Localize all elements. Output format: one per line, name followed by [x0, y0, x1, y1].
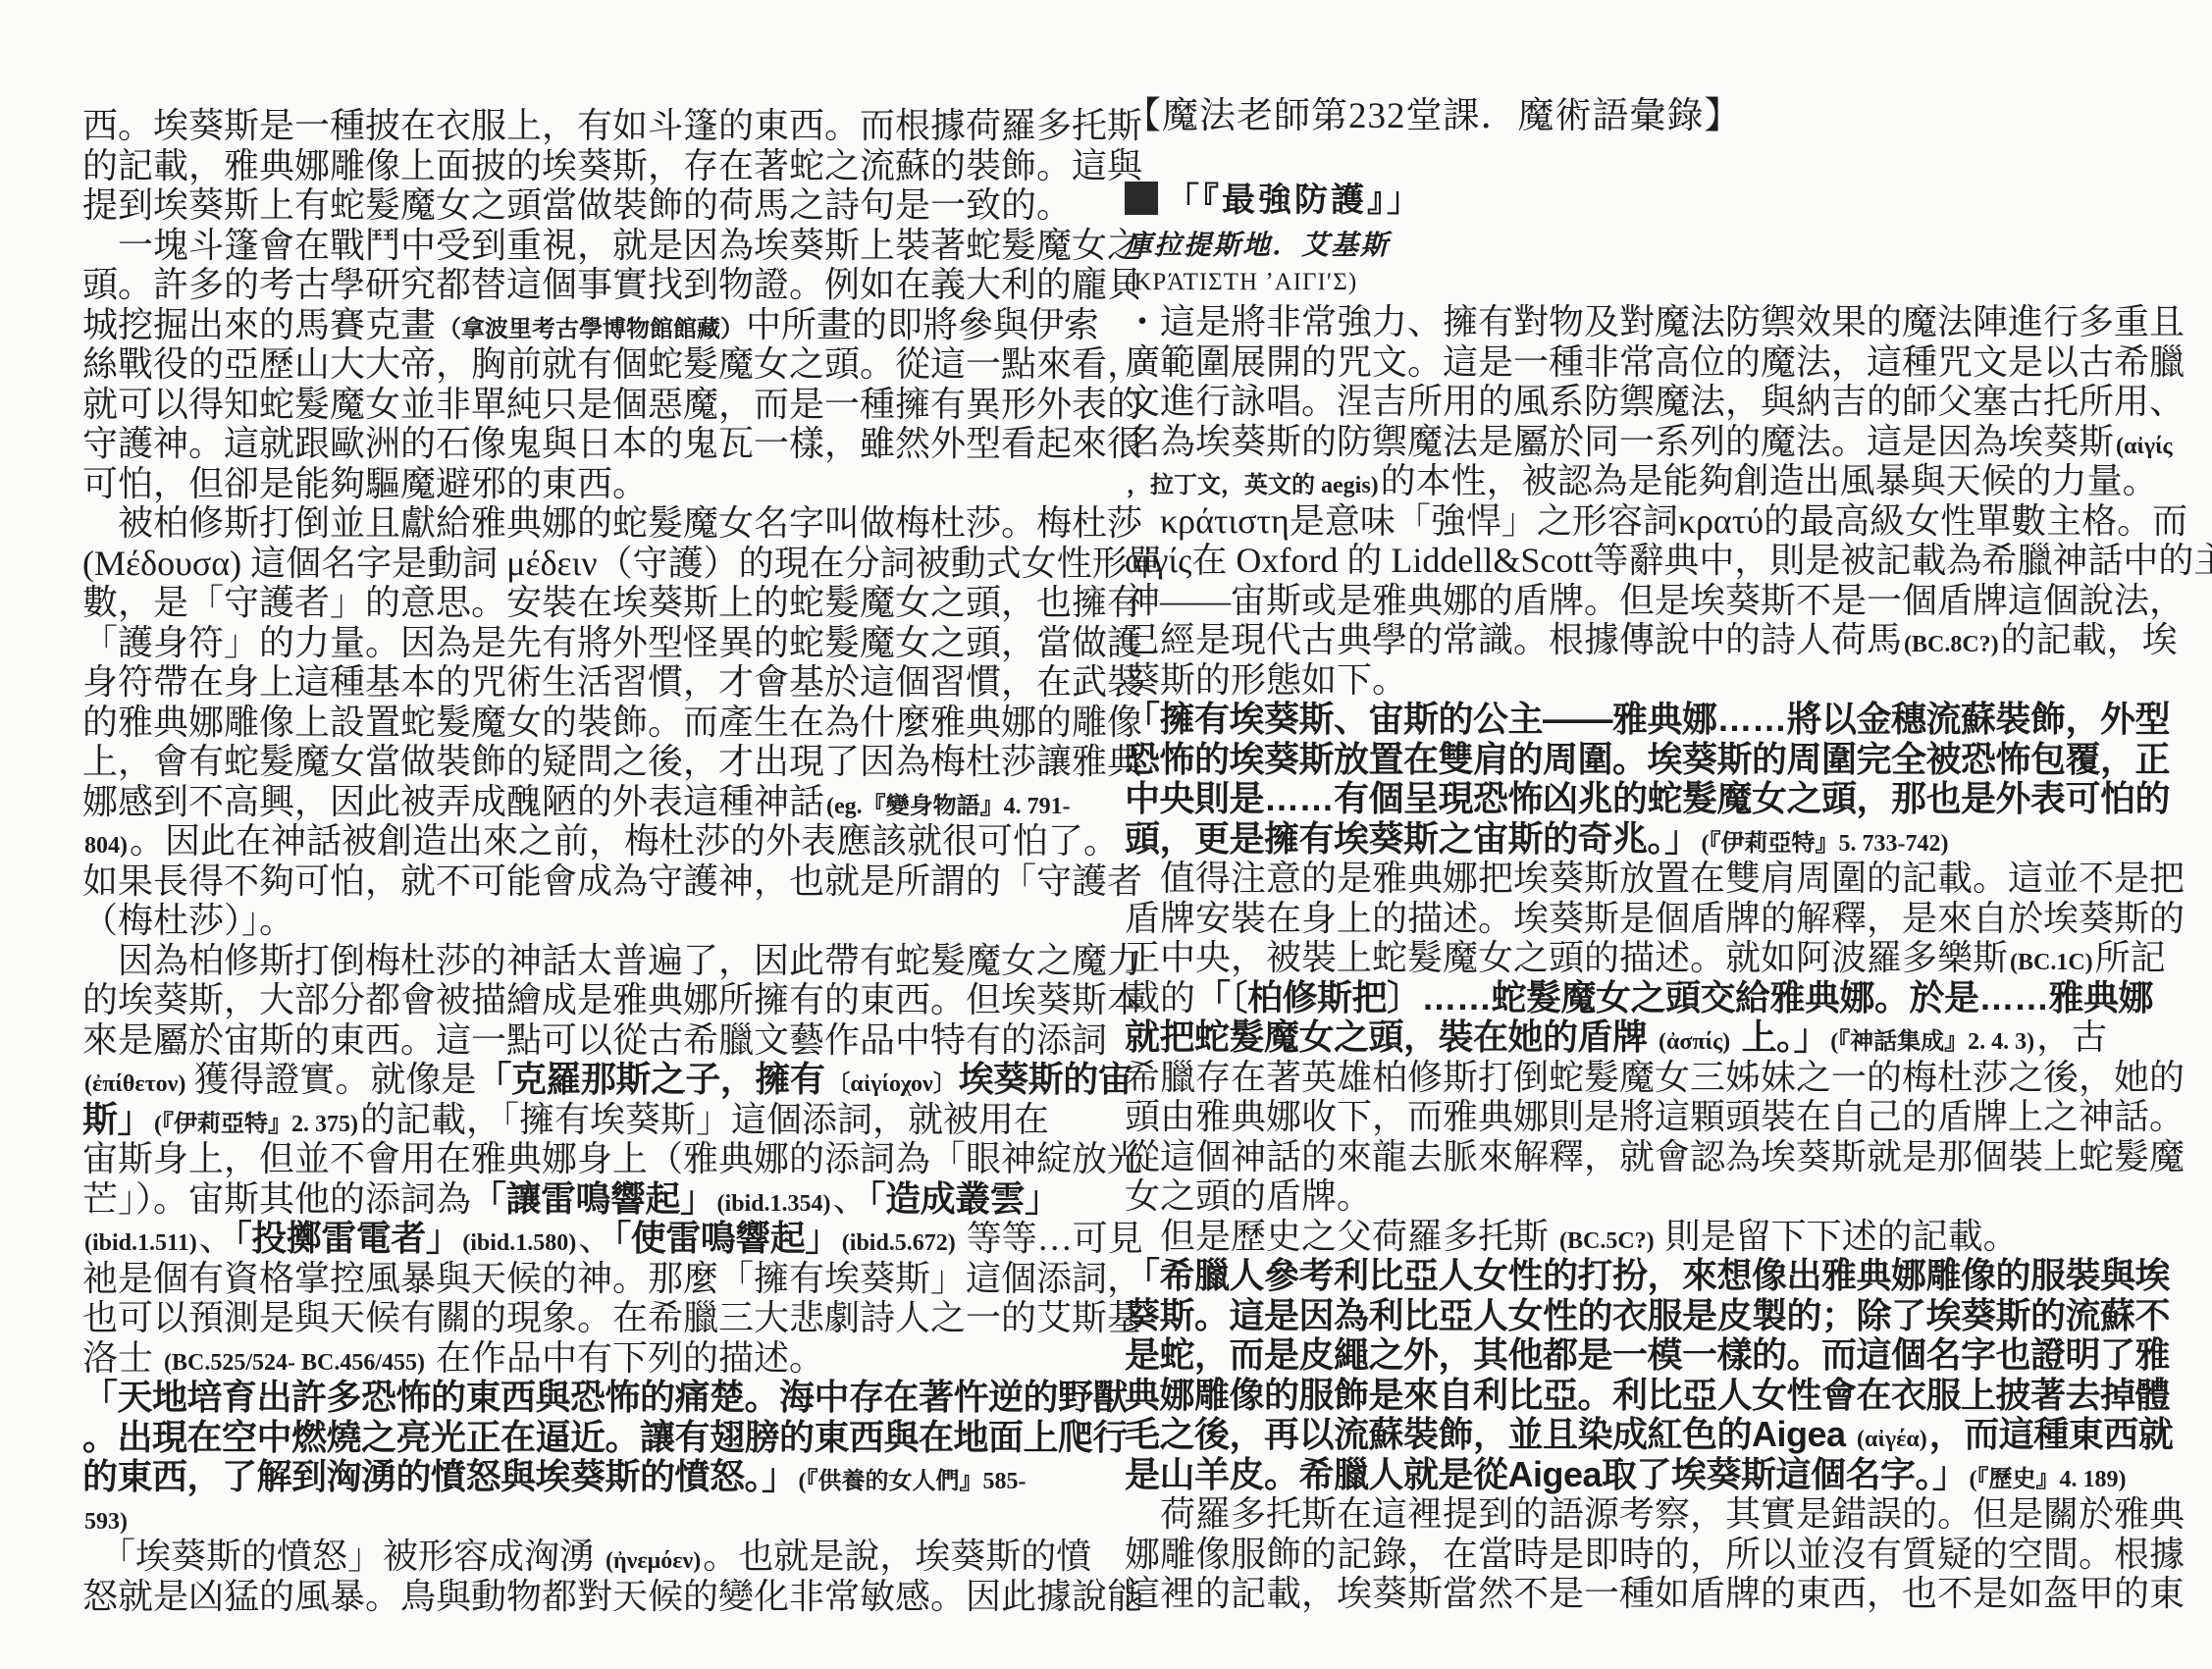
text-line: 恐怖的埃葵斯放置在雙肩的周圍。埃葵斯的周圍完全被恐怖包覆，正 [1125, 740, 2135, 780]
body-text: 從這個神話的來龍去脈來解釋，就會認為埃葵斯就是那個裝上蛇髮魔 [1125, 1137, 2185, 1176]
quoted-bold-text: 毛之後，再以流蘇裝飾，並且染成紅色的Aigea [1125, 1414, 1855, 1454]
body-text: 「護身符」的力量。因為是先有將外型怪異的蛇髮魔女之頭，當做護 [82, 623, 1142, 662]
text-line: 絲戰役的亞歷山大大帝，胸前就有個蛇髮魔女之頭。從這一點來看， [82, 344, 1064, 385]
annotation-text: (ἀσπίς) [1659, 1029, 1730, 1055]
text-line: 就可以得知蛇髮魔女並非單純只是個惡魔，而是一種擁有異形外表的 [82, 385, 1064, 425]
text-line: 是蛇，而是皮繩之外，其他都是一模一樣的。而這個名字也證明了雅 [1125, 1335, 2135, 1376]
annotation-text: 〔αἰγίοχον〕 [826, 1071, 956, 1097]
body-text: 城挖掘出來的馬賽克畫 [82, 305, 436, 344]
body-text: 的埃葵斯，大部分都會被描繪成是雅典娜所擁有的東西。但埃葵斯本 [82, 980, 1142, 1019]
body-text: 荷羅多托斯在這裡提到的語源考察，其實是錯誤的。但是關於雅典 [1125, 1494, 2185, 1534]
text-line: 一塊斗篷會在戰鬥中受到重視，就是因為埃葵斯上裝著蛇髮魔女之 [82, 226, 1064, 266]
body-text: 。因此在神話被創造出來之前，梅杜莎的外表應該就很可怕了。 [130, 821, 1119, 861]
term-reading: 庫拉提斯地．艾基斯 [1125, 228, 2135, 265]
quoted-bold-text: 「讓雷鳴響起」 [471, 1178, 715, 1219]
text-line: 也可以預測是與天候有關的現象。在希臘三大悲劇詩人之一的艾斯基 [82, 1298, 1064, 1338]
body-text: 廣範圍展開的咒文。這是一種非常高位的魔法，這種咒文是以古希臘 [1125, 342, 2185, 382]
quoted-bold-text: 「投擲雷電者」 [235, 1218, 461, 1258]
quoted-bold-text: 「天地培育出許多恐怖的東西與恐怖的痛楚。海中存在著忤逆的野獸 [82, 1377, 1128, 1417]
annotation-text: (ἐπίθετον) [84, 1071, 191, 1097]
text-line: (Μέδουσα) 這個名字是動詞 μέδειν（守護）的現在分詞被動式女性形單 [82, 544, 1064, 584]
text-line: 葵斯的形態如下。 [1125, 660, 2135, 701]
section-square-marker-icon: ■ [1125, 182, 1158, 215]
body-text: 祂是個有資格掌控風暴與天候的神。那麼「擁有埃葵斯」這個添詞， [82, 1259, 1142, 1298]
text-line: ，拉丁文，英文的 aegis)的本性，被認為是能夠創造出風暴與天候的力量。 [1125, 461, 2135, 501]
body-text: 娜雕像服飾的記錄，在當時是即時的，所以並沒有質疑的空間。根據 [1125, 1535, 2185, 1574]
text-line: 因為柏修斯打倒梅杜莎的神話太普遍了，因此帶有蛇髮魔女之魔力 [82, 941, 1064, 981]
annotation-text: (『供養的女人們』585- [799, 1469, 1027, 1494]
annotation-text: (eg.『變身物語』4. 791- [826, 794, 1071, 819]
quoted-bold-text: 上。」 [1732, 1017, 1828, 1057]
text-line: 被柏修斯打倒並且獻給雅典娜的蛇髮魔女名字叫做梅杜莎。梅杜莎 [82, 503, 1064, 544]
text-line: 「天地培育出許多恐怖的東西與恐怖的痛楚。海中存在著忤逆的野獸 [82, 1378, 1064, 1418]
body-text: 值得注意的是雅典娜把埃葵斯放置在雙肩周圍的記載。這並不是把 [1125, 859, 2185, 898]
text-line: 「擁有埃葵斯、宙斯的公主——雅典娜……將以金穗流蘇裝飾，外型 [1125, 700, 2135, 740]
body-text: 、 [833, 1179, 869, 1219]
body-text: 宙斯身上，但並不會用在雅典娜身上（雅典娜的添詞為「眼神綻放光 [82, 1139, 1142, 1178]
left-page-body: 西。埃葵斯是一種披在衣服上，有如斗篷的東西。而根據荷羅多托斯的記載，雅典娜雕像上… [82, 106, 1064, 1616]
body-text: 來是屬於宙斯的東西。這一點可以從古希臘文藝作品中特有的添詞 [82, 1020, 1107, 1060]
text-line: 載的「〔柏修斯把〕……蛇髮魔女之頭交給雅典娜。於是……雅典娜 [1125, 978, 2135, 1018]
annotation-text: (『伊莉亞特』2. 375) [154, 1112, 358, 1137]
annotation-text: (『神話集成』2. 4. 3) [1830, 1029, 2034, 1055]
annotation-text: (BC.1C) [2010, 950, 2093, 975]
body-text: 文進行詠唱。涅吉所用的風系防禦魔法，與納吉的師父塞古托所用、 [1125, 382, 2185, 421]
body-text: （梅杜莎）」。 [82, 901, 294, 940]
body-text: 、 [199, 1219, 235, 1258]
annotation-text: ，拉丁文，英文的 aegis) [1127, 473, 1379, 498]
body-text: 、 [578, 1219, 613, 1258]
body-text: 身符帶在身上這種基本的咒術生活習慣，才會基於這個習慣，在武裝 [82, 662, 1142, 702]
body-text: 載的 [1125, 978, 1195, 1017]
text-line: 593) [82, 1497, 1064, 1538]
body-text: 守護神。這就跟歐洲的石像鬼與日本的鬼瓦一樣，雖然外型看起來很 [82, 424, 1142, 463]
annotation-text: (ibid.1.354) [717, 1191, 831, 1217]
text-line: 祂是個有資格掌控風暴與天候的神。那麼「擁有埃葵斯」這個添詞， [82, 1259, 1064, 1299]
body-text: 希臘存在著英雄柏修斯打倒蛇髮魔女三姊妹之一的梅杜莎之後，她的 [1125, 1058, 2185, 1097]
body-text: 因為柏修斯打倒梅杜莎的神話太普遍了，因此帶有蛇髮魔女之魔力 [82, 941, 1142, 980]
text-line: （梅杜莎）」。 [82, 901, 1064, 941]
left-page: 西。埃葵斯是一種披在衣服上，有如斗篷的東西。而根據荷羅多托斯的記載，雅典娜雕像上… [82, 94, 1064, 1616]
quoted-bold-text: 就把蛇髮魔女之頭，裝在她的盾牌 [1125, 1017, 1657, 1057]
body-text: 一塊斗篷會在戰鬥中受到重視，就是因為埃葵斯上裝著蛇髮魔女之 [82, 226, 1142, 265]
text-line: 的記載，雅典娜雕像上面披的埃葵斯，存在著蛇之流蘇的裝飾。這與 [82, 146, 1064, 186]
body-text: 盾牌安裝在身上的描述。埃葵斯是個盾牌的解釋，是來自於埃葵斯的 [1125, 899, 2185, 938]
text-line: 「埃葵斯的憤怒」被形容成洶湧 (ἠνεμόεν)。也就是說，埃葵斯的憤 [82, 1537, 1064, 1577]
body-text: 獲得證實。就像是 [193, 1060, 476, 1099]
body-text: (Μέδουσα) 這個名字是動詞 μέδειν（守護）的現在分詞被動式女性形單 [82, 544, 1163, 583]
body-text: 芒」）。宙斯其他的添詞為 [82, 1179, 471, 1219]
text-line: 頭。許多的考古學研究都替這個事實找到物證。例如在義大利的龐貝 [82, 265, 1064, 305]
body-text: 已經是現代古典學的常識。根據傳說中的詩人荷馬 [1125, 620, 1902, 659]
text-line: 從這個神話的來龍去脈來解釋，就會認為埃葵斯就是那個裝上蛇髮魔 [1125, 1137, 2135, 1177]
body-text: 「埃葵斯的憤怒」被形容成洶湧 [82, 1537, 604, 1576]
text-line: 盾牌安裝在身上的描述。埃葵斯是個盾牌的解釋，是來自於埃葵斯的 [1125, 899, 2135, 939]
text-line: 數，是「守護者」的意思。安裝在埃葵斯上的蛇髮魔女之頭，也擁有 [82, 583, 1064, 623]
body-text: 則是留下下述的記載。 [1657, 1217, 2019, 1256]
body-text: ・這是將非常強力、擁有對物及對魔法防禦效果的魔法陣進行多重且 [1125, 302, 2185, 341]
body-text: 在作品中有下列的描述。 [427, 1338, 824, 1378]
text-line: 斯」(『伊莉亞特』2. 375)的記載，「擁有埃葵斯」這個添詞，就被用在 [82, 1100, 1064, 1140]
quoted-bold-text: 埃葵斯的宙 [959, 1059, 1133, 1099]
text-line: 就把蛇髮魔女之頭，裝在她的盾牌 (ἀσπίς) 上。」(『神話集成』2. 4. … [1125, 1017, 2135, 1058]
text-line: 804)。因此在神話被創造出來之前，梅杜莎的外表應該就很可怕了。 [82, 821, 1064, 861]
text-line: 芒」）。宙斯其他的添詞為「讓雷鳴響起」(ibid.1.354)、「造成叢雲」 [82, 1179, 1064, 1220]
annotation-text: (ibid.5.672) [842, 1230, 956, 1256]
text-line: 宙斯身上，但並不會用在雅典娜身上（雅典娜的添詞為「眼神綻放光 [82, 1139, 1064, 1179]
body-text: 西。埃葵斯是一種披在衣服上，有如斗篷的東西。而根據荷羅多托斯 [82, 106, 1142, 145]
body-text: 被柏修斯打倒並且獻給雅典娜的蛇髮魔女名字叫做梅杜莎。梅杜莎 [82, 503, 1142, 543]
text-line: 的東西，了解到洶湧的憤怒與埃葵斯的憤怒。」(『供養的女人們』585- [82, 1457, 1064, 1497]
body-text: 娜感到不高興，因此被弄成醜陋的外表這種神話 [82, 782, 824, 821]
text-line: 希臘存在著英雄柏修斯打倒蛇髮魔女三姊妹之一的梅杜莎之後，她的 [1125, 1058, 2135, 1098]
body-text: 葵斯的形態如下。 [1125, 660, 1407, 700]
body-text: 中所畫的即將參與伊索 [746, 305, 1099, 344]
text-line: 提到埃葵斯上有蛇髮魔女之頭當做裝飾的荷馬之詩句是一致的。 [82, 185, 1064, 226]
section-title: 「『最強防護』」 [1166, 183, 1423, 219]
quoted-bold-text: 是山羊皮。希臘人就是從Aigea取了埃葵斯這個名字。」 [1125, 1454, 1968, 1494]
text-line: 頭由雅典娜收下，而雅典娜則是將這顆頭裝在自己的盾牌上之神話。 [1125, 1097, 2135, 1137]
body-text: 怒就是凶猛的風暴。鳥與動物都對天候的變化非常敏感。因此據說能 [82, 1577, 1142, 1616]
body-text: 名為埃葵斯的防禦魔法是屬於同一系列的魔法。這是因為埃葵斯 [1125, 422, 2114, 461]
text-line: 文進行詠唱。涅吉所用的風系防禦魔法，與納吉的師父塞古托所用、 [1125, 382, 2135, 422]
quoted-bold-text: 中央則是……有個呈現恐怖凶兆的蛇髮魔女之頭，那也是外表可怕的 [1125, 778, 2170, 818]
body-text: 的記載，「擁有埃葵斯」這個添詞，就被用在 [360, 1100, 1049, 1139]
text-line: 城挖掘出來的馬賽克畫（拿波里考古學博物館館藏）中所畫的即將參與伊索 [82, 305, 1064, 345]
text-line: 「希臘人參考利比亞人女性的打扮，來想像出雅典娜雕像的服裝與埃 [1125, 1256, 2135, 1296]
body-text: 上，會有蛇髮魔女當做裝飾的疑問之後，才出現了因為梅杜莎讓雅典 [82, 742, 1142, 781]
annotation-text: 804) [84, 833, 128, 859]
scanned-book-spread: 西。埃葵斯是一種披在衣服上，有如斗篷的東西。而根據荷羅多托斯的記載，雅典娜雕像上… [0, 0, 2212, 1669]
annotation-text: (ibid.1.580) [462, 1230, 576, 1256]
text-line: 這裡的記載，埃葵斯當然不是一種如盾牌的東西，也不是如盔甲的東 [1125, 1574, 2135, 1614]
body-text: 的本性，被認為是能夠創造出風暴與天候的力量。 [1381, 461, 2158, 500]
body-text: 女之頭的盾牌。 [1125, 1176, 1372, 1216]
text-line: 娜雕像服飾的記錄，在當時是即時的，所以並沒有質疑的空間。根據 [1125, 1535, 2135, 1575]
body-text: 數，是「守護者」的意思。安裝在埃葵斯上的蛇髮魔女之頭，也擁有 [82, 583, 1142, 622]
quoted-bold-text: 。出現在空中燃燒之亮光正在逼近。讓有翅膀的東西與在地面上爬行 [82, 1417, 1128, 1457]
quoted-bold-text: 是蛇，而是皮繩之外，其他都是一模一樣的。而這個名字也證明了雅 [1125, 1334, 2170, 1375]
body-text: ，古 [2036, 1017, 2107, 1057]
text-line: 神——宙斯或是雅典娜的盾牌。但是埃葵斯不是一個盾牌這個說法， [1125, 581, 2135, 621]
body-text: 可怕，但卻是能夠驅魔避邪的東西。 [82, 464, 648, 503]
quoted-bold-text: 「擁有埃葵斯、宙斯的公主——雅典娜……將以金穗流蘇裝飾，外型 [1125, 699, 2170, 739]
text-line: 娜感到不高興，因此被弄成醜陋的外表這種神話(eg.『變身物語』4. 791- [82, 782, 1064, 822]
annotation-text: (『伊莉亞特』5. 733-742) [1702, 831, 1949, 857]
body-text: 如果長得不夠可怕，就不可能會成為守護神，也就是所謂的「守護者 [82, 861, 1142, 901]
annotation-text: （拿波里考古學博物館館藏） [438, 317, 744, 342]
annotation-text: (BC.8C?) [1904, 632, 1999, 657]
body-text: 也可以預測是與天候有關的現象。在希臘三大悲劇詩人之一的艾斯基 [82, 1298, 1142, 1337]
body-text: 正中央，被裝上蛇髮魔女之頭的描述。就如阿波羅多樂斯 [1125, 938, 2008, 977]
quoted-bold-text: 典娜雕像的服飾是來自利比亞。利比亞人女性會在衣服上披著去掉體 [1125, 1375, 2170, 1415]
text-line: 來是屬於宙斯的東西。這一點可以從古希臘文藝作品中特有的添詞 [82, 1020, 1064, 1061]
body-text: κράτιστη是意味「強悍」之形容詞κρατύ的最高級女性單數主格。而 [1125, 501, 2187, 541]
text-line: 如果長得不夠可怕，就不可能會成為守護神，也就是所謂的「守護者 [82, 861, 1064, 902]
quoted-bold-text: 「造成叢雲」 [869, 1178, 1060, 1219]
right-page-body: ・這是將非常強力、擁有對物及對魔法防禦效果的魔法陣進行多重且廣範圍展開的咒文。這… [1125, 302, 2135, 1614]
text-line: 但是歷史之父荷羅多托斯 (BC.5C?) 則是留下下述的記載。 [1125, 1217, 2135, 1257]
quoted-bold-text: 「〔柏修斯把〕……蛇髮魔女之頭交給雅典娜。於是……雅典娜 [1195, 977, 2153, 1017]
body-text: 的記載，埃 [2001, 620, 2178, 659]
text-line: 葵斯。這是因為利比亞人女性的衣服是皮製的；除了埃葵斯的流蘇不 [1125, 1296, 2135, 1336]
text-line: 已經是現代古典學的常識。根據傳說中的詩人荷馬(BC.8C?)的記載，埃 [1125, 620, 2135, 660]
text-line: κράτιστη是意味「強悍」之形容詞κρατύ的最高級女性單數主格。而 [1125, 501, 2135, 542]
text-line: 荷羅多托斯在這裡提到的語源考察，其實是錯誤的。但是關於雅典 [1125, 1494, 2135, 1535]
annotation-text: (αἰγίς [2116, 434, 2173, 459]
text-line: 「護身符」的力量。因為是先有將外型怪異的蛇髮魔女之頭，當做護 [82, 623, 1064, 663]
annotation-text: 593) [84, 1509, 128, 1535]
text-line: 正中央，被裝上蛇髮魔女之頭的描述。就如阿波羅多樂斯(BC.1C)所記 [1125, 938, 2135, 978]
text-line: 名為埃葵斯的防禦魔法是屬於同一系列的魔法。這是因為埃葵斯(αἰγίς [1125, 422, 2135, 462]
term-greek-transcription: (ΚΡΆΤΙΣΤΗ ʼΑΙΓΙ′Σ) [1125, 265, 2135, 300]
body-text: 提到埃葵斯上有蛇髮魔女之頭當做裝飾的荷馬之詩句是一致的。 [82, 185, 1072, 225]
text-line: 毛之後，再以流蘇裝飾，並且染成紅色的Aigea (αἰγέα)，而這種東西就 [1125, 1415, 2135, 1455]
text-line: 怒就是凶猛的風暴。鳥與動物都對天候的變化非常敏感。因此據說能 [82, 1577, 1064, 1617]
text-line: 西。埃葵斯是一種披在衣服上，有如斗篷的東西。而根據荷羅多托斯 [82, 106, 1064, 146]
right-page: 【魔法老師第232堂課．魔術語彙錄】 ■「『最強防護』」 庫拉提斯地．艾基斯 (… [1125, 94, 2135, 1614]
text-line: 上，會有蛇髮魔女當做裝飾的疑問之後，才出現了因為梅杜莎讓雅典 [82, 742, 1064, 782]
body-text: 頭由雅典娜收下，而雅典娜則是將這顆頭裝在自己的盾牌上之神話。 [1125, 1097, 2185, 1136]
text-line: 。出現在空中燃燒之亮光正在逼近。讓有翅膀的東西與在地面上爬行 [82, 1418, 1064, 1458]
quoted-bold-text: 恐怖的埃葵斯放置在雙肩的周圍。埃葵斯的周圍完全被恐怖包覆，正 [1125, 739, 2170, 779]
body-text: 絲戰役的亞歷山大大帝，胸前就有個蛇髮魔女之頭。從這一點來看， [82, 344, 1142, 384]
quoted-bold-text: 「希臘人參考利比亞人女性的打扮，來想像出雅典娜雕像的服裝與埃 [1125, 1255, 2170, 1295]
annotation-text: (ibid.1.511) [84, 1230, 197, 1256]
text-line: 身符帶在身上這種基本的咒術生活習慣，才會基於這個習慣，在武裝 [82, 662, 1064, 703]
annotation-text: (BC.5C?) [1559, 1228, 1655, 1254]
quoted-bold-text: 頭，更是擁有埃葵斯之宙斯的奇兆。」 [1125, 818, 1700, 859]
text-line: ・這是將非常強力、擁有對物及對魔法防禦效果的魔法陣進行多重且 [1125, 302, 2135, 342]
text-line: 守護神。這就跟歐洲的石像鬼與日本的鬼瓦一樣，雖然外型看起來很 [82, 424, 1064, 464]
annotation-text: (『歷史』4. 189) [1970, 1467, 2127, 1492]
text-line: 是山羊皮。希臘人就是從Aigea取了埃葵斯這個名字。」(『歷史』4. 189) [1125, 1455, 2135, 1495]
text-line: (ibid.1.511)、「投擲雷電者」(ibid.1.580)、「使雷鳴響起」… [82, 1219, 1064, 1259]
quoted-bold-text: 「使雷鳴響起」 [613, 1218, 840, 1258]
quoted-bold-text: 葵斯。這是因為利比亞人女性的衣服是皮製的；除了埃葵斯的流蘇不 [1125, 1295, 2170, 1335]
quoted-bold-text: 「克羅那斯之子，擁有 [476, 1059, 824, 1099]
text-line: αἰγίς在 Oxford 的 Liddell&Scott等辭典中，則是被記載為… [1125, 541, 2135, 581]
text-line: 可怕，但卻是能夠驅魔避邪的東西。 [82, 464, 1064, 504]
body-text: 神——宙斯或是雅典娜的盾牌。但是埃葵斯不是一個盾牌這個說法， [1125, 581, 2185, 620]
section-heading: ■「『最強防護』」 [1125, 179, 2135, 224]
text-line: 典娜雕像的服飾是來自利比亞。利比亞人女性會在衣服上披著去掉體 [1125, 1376, 2135, 1416]
text-line: 頭，更是擁有埃葵斯之宙斯的奇兆。」(『伊莉亞特』5. 733-742) [1125, 819, 2135, 860]
quoted-bold-text: 斯」 [82, 1099, 152, 1139]
text-line: 的埃葵斯，大部分都會被描繪成是雅典娜所擁有的東西。但埃葵斯本 [82, 980, 1064, 1020]
text-line: (ἐπίθετον) 獲得證實。就像是「克羅那斯之子，擁有〔αἰγίοχον〕埃… [82, 1060, 1064, 1100]
annotation-text: (BC.525/524- BC.456/455) [164, 1350, 425, 1376]
quoted-bold-text: 的東西，了解到洶湧的憤怒與埃葵斯的憤怒。」 [82, 1456, 797, 1496]
body-text: 。也就是說，埃葵斯的憤 [703, 1537, 1091, 1576]
body-text: 但是歷史之父荷羅多托斯 [1125, 1217, 1557, 1256]
body-text: 的記載，雅典娜雕像上面披的埃葵斯，存在著蛇之流蘇的裝飾。這與 [82, 146, 1142, 185]
body-text: 洛士 [82, 1338, 162, 1378]
text-line: 洛士 (BC.525/524- BC.456/455) 在作品中有下列的描述。 [82, 1338, 1064, 1379]
body-text: 的雅典娜雕像上設置蛇髮魔女的裝飾。而產生在為什麼雅典娜的雕像 [82, 703, 1142, 742]
body-text: 頭。許多的考古學研究都替這個事實找到物證。例如在義大利的龐貝 [82, 265, 1142, 304]
annotation-text: (αἰγέα) [1857, 1427, 1927, 1452]
body-text: 所記 [2095, 938, 2166, 977]
text-line: 女之頭的盾牌。 [1125, 1176, 2135, 1217]
quoted-bold-text: ，而這種東西就 [1929, 1414, 2174, 1454]
body-text: 等等…可見 [958, 1219, 1143, 1258]
text-line: 的雅典娜雕像上設置蛇髮魔女的裝飾。而產生在為什麼雅典娜的雕像 [82, 703, 1064, 743]
body-text: αἰγίς在 Oxford 的 Liddell&Scott等辭典中，則是被記載為… [1125, 541, 2212, 580]
body-text: 這裡的記載，埃葵斯當然不是一種如盾牌的東西，也不是如盔甲的東 [1125, 1574, 2185, 1613]
text-line: 廣範圍展開的咒文。這是一種非常高位的魔法，這種咒文是以古希臘 [1125, 342, 2135, 383]
page-title: 【魔法老師第232堂課．魔術語彙錄】 [1125, 94, 2135, 139]
annotation-text: (ἠνεμόεν) [606, 1548, 701, 1574]
text-line: 中央則是……有個呈現恐怖凶兆的蛇髮魔女之頭，那也是外表可怕的 [1125, 779, 2135, 819]
text-line: 值得注意的是雅典娜把埃葵斯放置在雙肩周圍的記載。這並不是把 [1125, 859, 2135, 899]
body-text: 就可以得知蛇髮魔女並非單純只是個惡魔，而是一種擁有異形外表的 [82, 385, 1142, 424]
